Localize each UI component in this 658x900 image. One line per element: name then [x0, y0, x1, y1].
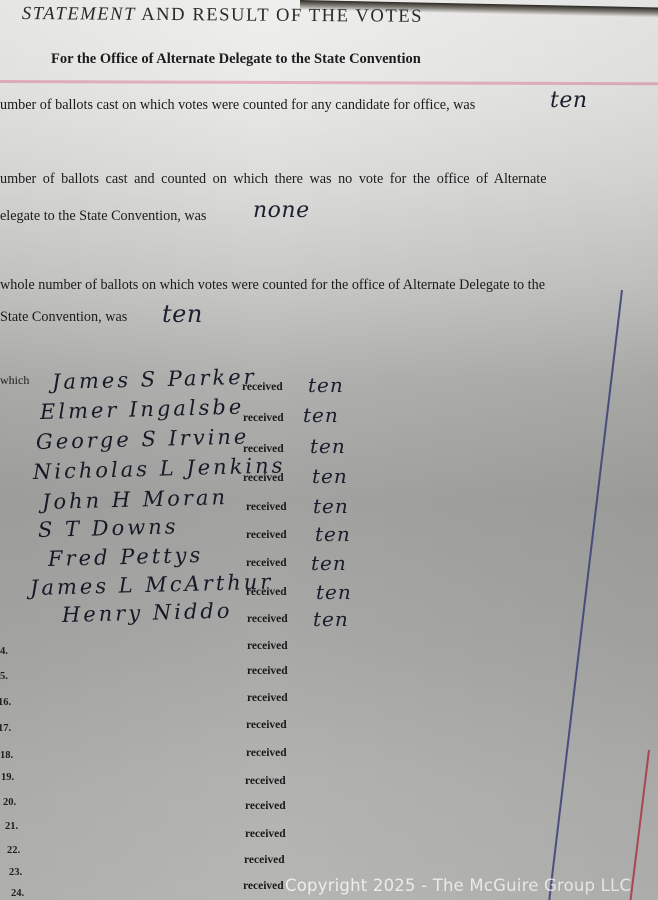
candidate-name: Fred Pettys — [48, 543, 204, 571]
received-label: received — [247, 640, 288, 652]
received-label: received — [245, 828, 286, 840]
total-ballots-text-line1: whole number of ballots on which votes w… — [0, 277, 545, 294]
row-number: 16. — [0, 697, 11, 708]
ballots-counted-text: umber of ballots cast on which votes wer… — [0, 97, 475, 114]
red-margin-rule — [629, 750, 649, 900]
total-ballots-text-line2: State Convention, was — [0, 309, 127, 326]
received-label: received — [244, 854, 285, 866]
received-label: received — [247, 665, 288, 677]
candidate-votes: ten — [310, 434, 346, 458]
received-label: received — [246, 719, 287, 731]
received-label: received — [243, 412, 284, 424]
row-number: 20. — [3, 797, 16, 808]
candidate-name: James S Parker — [52, 365, 257, 394]
candidate-name: Elmer Ingalsbe — [40, 395, 245, 424]
document-subtitle: For the Office of Alternate Delegate to … — [51, 51, 421, 68]
title-italic: STATEMENT — [22, 4, 136, 25]
row-number: 19. — [1, 772, 14, 783]
candidate-votes: ten — [313, 494, 349, 518]
received-label: received — [247, 613, 288, 625]
received-label: received — [246, 557, 287, 569]
received-label: received — [243, 472, 284, 484]
row-number: 17. — [0, 723, 11, 734]
candidate-votes: ten — [311, 551, 347, 575]
candidate-name: S T Downs — [38, 514, 179, 542]
candidate-votes: ten — [313, 607, 349, 631]
blue-margin-rule — [548, 290, 622, 900]
row-number: 18. — [0, 750, 13, 761]
ballots-counted-value: ten — [550, 88, 588, 113]
row-number: 22. — [7, 845, 20, 856]
no-vote-text-line1: umber of ballots cast and counted on whi… — [0, 171, 547, 188]
candidate-name: George S Irvine — [36, 424, 250, 454]
document-title: STATEMENT AND RESULT OF THE VOTES — [22, 4, 423, 28]
candidate-name: James L McArthur — [30, 570, 274, 600]
received-label: received — [247, 692, 288, 704]
candidate-votes: ten — [316, 580, 352, 604]
copyright-watermark: Copyright 2025 - The McGuire Group LLC — [285, 876, 631, 895]
no-vote-value: none — [253, 198, 310, 223]
candidate-votes: ten — [303, 403, 339, 427]
no-vote-text-line2: elegate to the State Convention, was — [0, 208, 206, 225]
row-number: 5. — [0, 671, 8, 682]
document-page: STATEMENT AND RESULT OF THE VOTES For th… — [0, 0, 658, 900]
received-label: received — [245, 775, 286, 787]
candidate-votes: ten — [308, 373, 344, 397]
candidate-name: John H Moran — [42, 485, 229, 514]
received-label: received — [246, 501, 287, 513]
row-number: 23. — [9, 867, 22, 878]
received-label: received — [246, 747, 287, 759]
candidate-votes: ten — [315, 522, 351, 546]
received-label: received — [245, 800, 286, 812]
received-label: received — [243, 880, 284, 892]
row-number: 21. — [5, 821, 18, 832]
title-rest: AND RESULT OF THE VOTES — [141, 5, 423, 27]
row-number: 4. — [0, 646, 8, 657]
candidate-name: Henry Niddo — [62, 599, 233, 627]
total-ballots-value: ten — [162, 300, 203, 328]
candidates-intro: which — [0, 373, 29, 388]
received-label: received — [246, 529, 287, 541]
received-label: received — [246, 586, 287, 598]
candidate-votes: ten — [312, 464, 348, 488]
received-label: received — [242, 381, 283, 393]
row-number: 24. — [11, 888, 24, 899]
pink-horizontal-rule — [0, 80, 658, 85]
